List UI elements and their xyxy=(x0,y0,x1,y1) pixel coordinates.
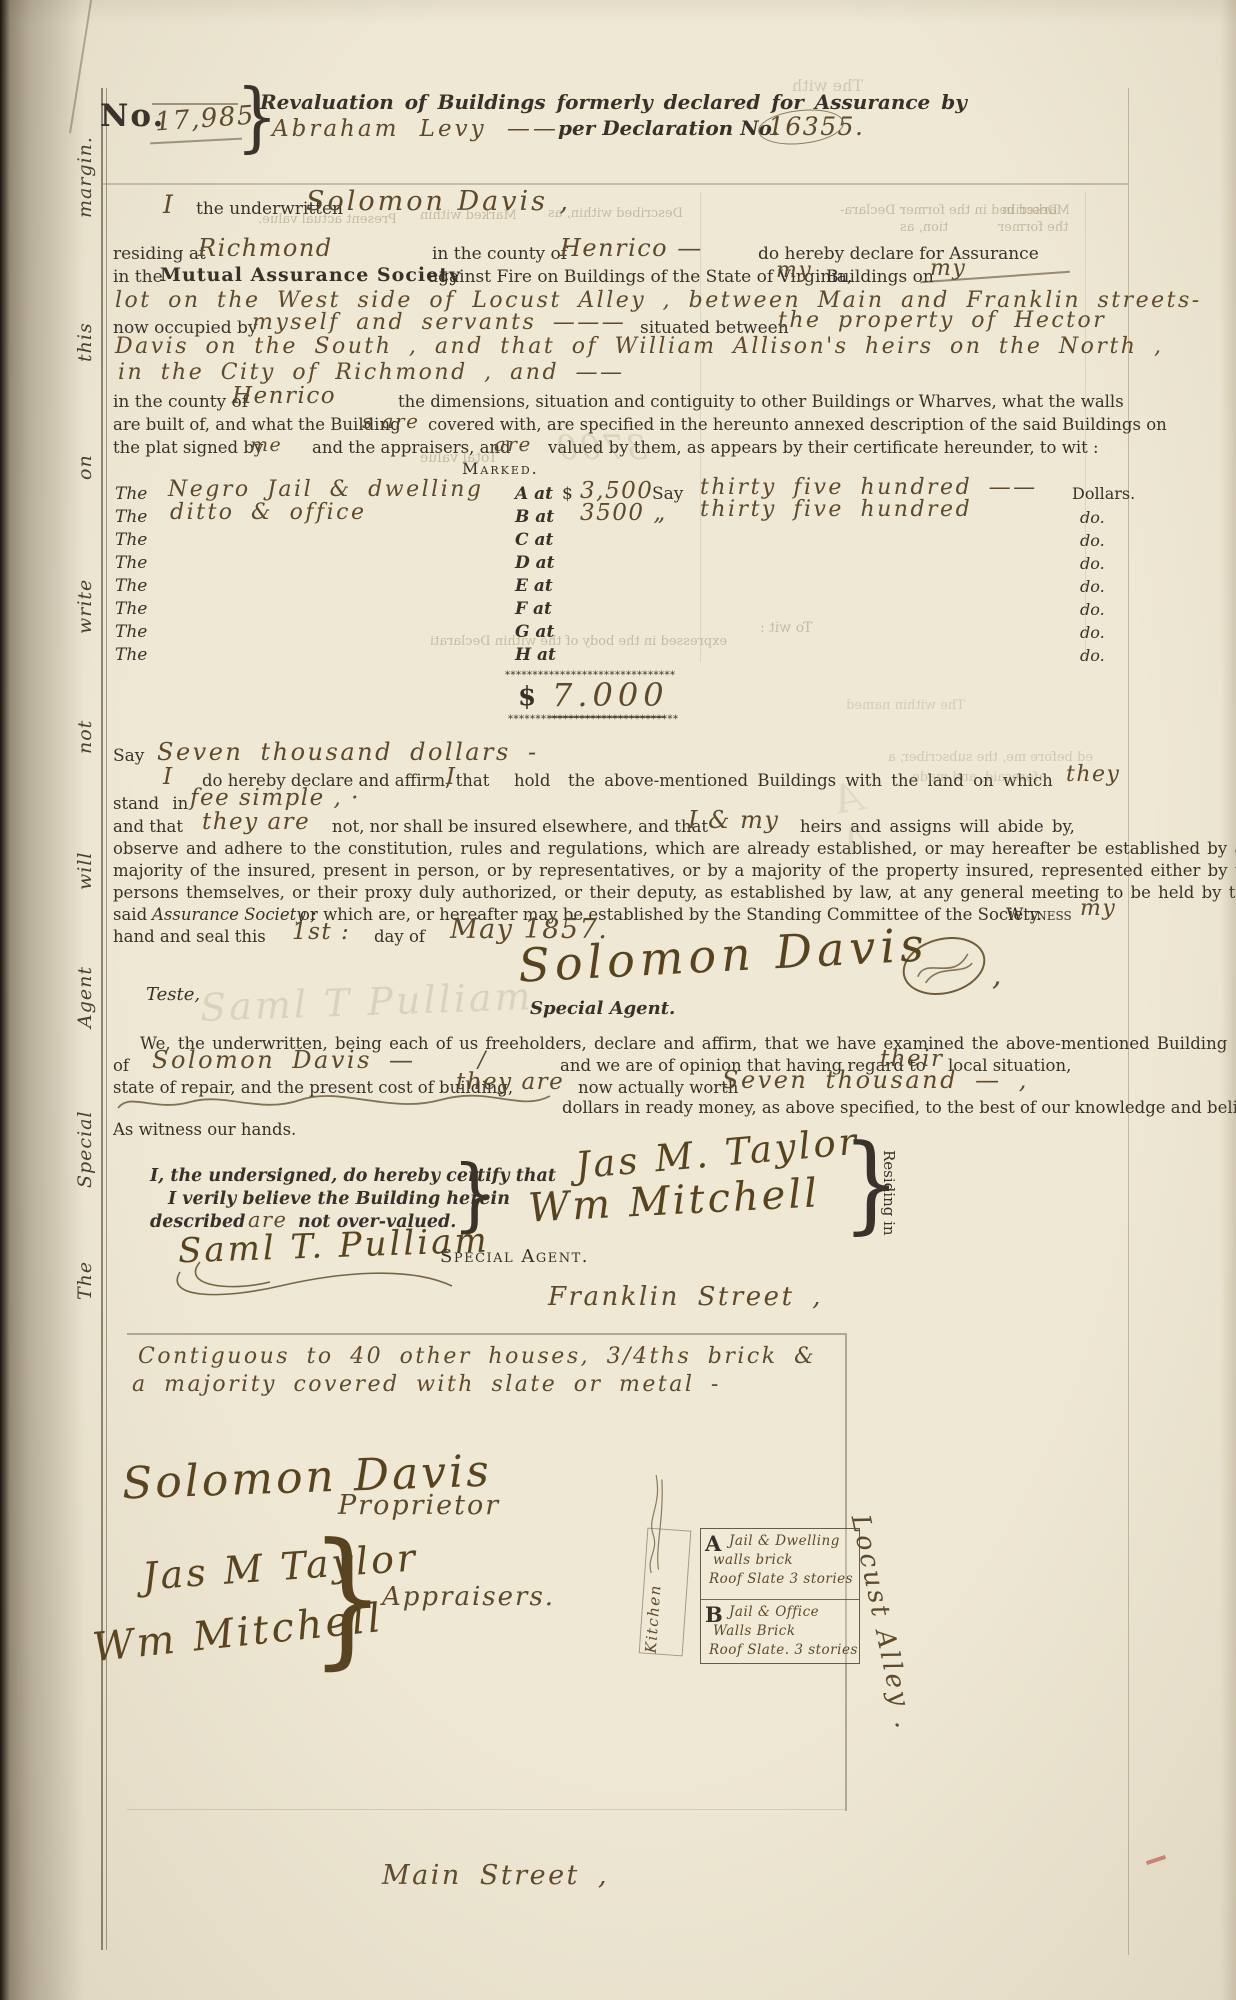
opinion-hw-amount: Seven thousand — , xyxy=(722,1066,1029,1094)
margin-word: not xyxy=(74,720,96,754)
affirm-and-that: and that xyxy=(113,817,183,836)
society-name: Mutual Assurance Society xyxy=(160,264,461,286)
bleed-text: the former xyxy=(998,220,1069,235)
bleed-text: 3700 xyxy=(555,428,648,468)
row-currency: $ xyxy=(562,484,573,504)
affirm-hw-fee-simple: fee simple , · xyxy=(190,785,360,811)
bleed-text: Marked in xyxy=(1002,203,1070,218)
row-description: Negro Jail & dwelling xyxy=(168,477,483,502)
row-mark: F at xyxy=(515,599,552,619)
plat-bottom-border xyxy=(127,1809,845,1810)
affirm-text-10: hand and seal this xyxy=(113,927,266,946)
affirm-hw-they: they xyxy=(1066,762,1120,787)
residing-label: residing at xyxy=(113,244,206,264)
bleed-text: tion, as xyxy=(900,220,948,235)
dimensions-text-3a: the plat signed by xyxy=(113,438,263,457)
dimensions-hw-are: are xyxy=(494,432,532,456)
margin-word: Agent xyxy=(74,966,96,1028)
row-unit: do. xyxy=(1080,554,1105,573)
bleed-text: Total value xyxy=(420,450,498,466)
affirm-hw-i1: I xyxy=(163,764,174,790)
say-label: Say xyxy=(113,746,144,766)
bleed-text: aforesaid, and made xyxy=(912,770,1046,785)
row-unit: do. xyxy=(1080,531,1105,550)
legend-b-line-1: Jail & Office xyxy=(729,1604,819,1620)
row-amount: 3500 „ xyxy=(580,500,667,526)
witness-label: Witness xyxy=(1006,905,1072,925)
county-label: in the county of xyxy=(432,244,567,264)
opinion-of: of xyxy=(113,1056,129,1075)
row-mark: D at xyxy=(515,553,555,573)
row-the: The xyxy=(115,622,147,642)
margin-word: on xyxy=(74,454,96,480)
legend-b-line-2: Walls Brick xyxy=(713,1623,796,1639)
header-divider-rule xyxy=(103,183,1128,185)
affirm-text-7: majority of the insured, present in pers… xyxy=(113,861,1236,880)
special-agent-italic-label: Special Agent. xyxy=(530,998,675,1019)
appraisers-brace: } xyxy=(310,1523,385,1671)
row-unit: do. xyxy=(1080,600,1105,619)
appraisers-label: Appraisers. xyxy=(382,1582,555,1612)
dimensions-hw-me: me xyxy=(250,434,282,456)
row-mark: A at xyxy=(515,484,553,504)
row-unit: do. xyxy=(1080,508,1105,527)
agent-signature-flourish xyxy=(160,1256,460,1302)
affirm-stand-in: stand in xyxy=(113,794,188,813)
affirm-day-of: day of xyxy=(374,927,425,946)
affirm-text-4: not, nor shall be insured elsewhere, and… xyxy=(332,817,708,836)
total-currency-sign: $ xyxy=(518,682,536,712)
row-the: The xyxy=(115,576,147,596)
torn-page-edge xyxy=(69,0,93,133)
affirm-hw-day: 1st : xyxy=(292,919,350,945)
row-the: The xyxy=(115,530,147,550)
plat-legend-box: A Jail & Dwelling walls brick Roof Slate… xyxy=(700,1528,860,1664)
row-the: The xyxy=(115,599,147,619)
row-the: The xyxy=(115,507,147,527)
bleed-text: The with xyxy=(792,76,863,95)
teste-label: Teste, xyxy=(146,984,200,1005)
legend-a-line-3: Roof Slate 3 stories xyxy=(709,1571,853,1587)
kitchen-note-scribble xyxy=(645,1469,669,1580)
affirm-text-9c: or which are, or hereafter may be establ… xyxy=(300,905,1042,924)
affirm-text-9a: said xyxy=(113,905,147,924)
affirm-hw-my: my xyxy=(1080,896,1116,921)
stamp-stars-bottom: ******************************* xyxy=(508,714,679,725)
declarant-name: Abraham Levy —— xyxy=(272,116,559,142)
bleed-text: Described within, as xyxy=(548,206,683,221)
per-declaration-label: per Declaration No. xyxy=(558,116,778,140)
opinion-hw-name: Solomon Davis — xyxy=(152,1046,416,1074)
bleed-text: To wit : xyxy=(760,620,812,636)
margin-rule-inner xyxy=(106,88,107,1950)
margin-word: write xyxy=(74,579,96,634)
county-value: Henrico — xyxy=(560,234,703,262)
bleed-text: The within named xyxy=(846,698,965,713)
kitchen-note: Kitchen xyxy=(639,1528,692,1657)
dimensions-hw-s-are: s are xyxy=(362,409,419,433)
affirm-hw-i2: I xyxy=(446,764,457,790)
row-unit: do. xyxy=(1080,646,1105,665)
margin-word: margin. xyxy=(74,136,96,218)
say-total-words: Seven thousand dollars - xyxy=(157,738,539,766)
hw-i: I xyxy=(163,190,174,219)
number-underline xyxy=(150,138,242,144)
row-the: The xyxy=(115,484,147,504)
row-mark: B at xyxy=(515,507,554,527)
margin-word: Special xyxy=(74,1110,96,1188)
row-mark: C at xyxy=(515,530,553,550)
row-unit: do. xyxy=(1080,577,1105,596)
margin-word: The xyxy=(74,1261,96,1300)
opinion-flourish xyxy=(110,1088,560,1114)
situated-value: the property of Hector xyxy=(778,308,1106,333)
hw-my-1: my xyxy=(776,258,812,283)
bleed-text: Present actual value. xyxy=(258,212,397,227)
margin-rule-outer xyxy=(101,88,103,1950)
plat-top-border xyxy=(127,1333,845,1335)
hw-body-line-2: Davis on the South , and that of William… xyxy=(115,334,1163,359)
occupied-value: myself and servants ——— xyxy=(252,310,626,335)
margin-word: will xyxy=(74,852,96,891)
bleed-text: Marked within xyxy=(420,208,517,223)
street-note: Franklin Street , xyxy=(548,1282,823,1312)
red-ink-mark xyxy=(1146,1855,1166,1865)
legend-a-line-2: walls brick xyxy=(713,1552,793,1568)
residence-value: Richmond xyxy=(198,234,333,262)
county2-label: in the county of xyxy=(113,392,248,412)
seal-comma: , xyxy=(992,958,1003,993)
legend-a-line-1: Jail & Dwelling xyxy=(729,1533,840,1549)
kitchen-note-text: Kitchen xyxy=(642,1584,665,1654)
affirm-text-6: observe and adhere to the constitution, … xyxy=(113,839,1236,858)
plat-note-line-1: Contiguous to 40 other houses, 3/4ths br… xyxy=(138,1344,816,1369)
main-street-label: Main Street , xyxy=(382,1860,609,1891)
ghost-signature: Saml T Pulliam xyxy=(199,974,534,1030)
dimensions-text-2a: are built of, and what the Building xyxy=(113,415,401,434)
residing-in-label: Residing in xyxy=(880,1150,898,1236)
special-agent-caps-label: Special Agent. xyxy=(440,1246,589,1267)
hw-my-2: my xyxy=(930,256,966,281)
county2-value: Henrico xyxy=(232,383,336,409)
scanned-document-page: margin. this on write not will Agent Spe… xyxy=(0,0,1236,2000)
dimensions-text-1: the dimensions, situation and contiguity… xyxy=(398,392,1124,411)
row-the: The xyxy=(115,645,147,665)
row-description: ditto & office xyxy=(170,500,367,525)
legend-b-line-3: Roof Slate. 3 stories xyxy=(709,1642,858,1658)
affirm-hw-they-are: they are xyxy=(202,809,310,835)
plat-note-line-2: a majority covered with slate or metal - xyxy=(132,1372,721,1397)
opinion-text-6: dollars in ready money, as above specifi… xyxy=(562,1098,1236,1117)
affirm-text-2: hold xyxy=(514,771,550,790)
margin-word: this xyxy=(74,322,96,362)
row-amount-words: thirty five hundred xyxy=(700,497,972,522)
right-edge-rule xyxy=(1128,88,1129,1955)
row-unit: Dollars. xyxy=(1072,484,1135,503)
bleed-text: expressed in the body of the within Decl… xyxy=(430,634,727,649)
bleed-letter: A xyxy=(837,816,873,866)
row-mark: E at xyxy=(515,576,553,596)
buildings-on-label: Buildings on xyxy=(826,267,934,287)
appraiser-signature-2: Wm Mitchell xyxy=(527,1170,821,1231)
bleed-text: ed before me, the subscriber, a xyxy=(888,750,1093,765)
opinion-text-7: As witness our hands. xyxy=(113,1120,296,1139)
affirm-hw-i-my: I & my xyxy=(688,806,779,834)
in-the-label: in the xyxy=(113,267,163,287)
row-unit: do. xyxy=(1080,623,1105,642)
affirm-text-8: persons themselves, or their proxy duly … xyxy=(113,883,1236,902)
total-value: 7.000 xyxy=(552,676,669,714)
dimensions-text-2b: covered with, are specified in the hereu… xyxy=(428,415,1167,434)
hw-body-line-3: in the City of Richmond , and —— xyxy=(118,360,625,385)
row-the: The xyxy=(115,553,147,573)
opinion-text-5: now actually worth xyxy=(578,1078,738,1097)
